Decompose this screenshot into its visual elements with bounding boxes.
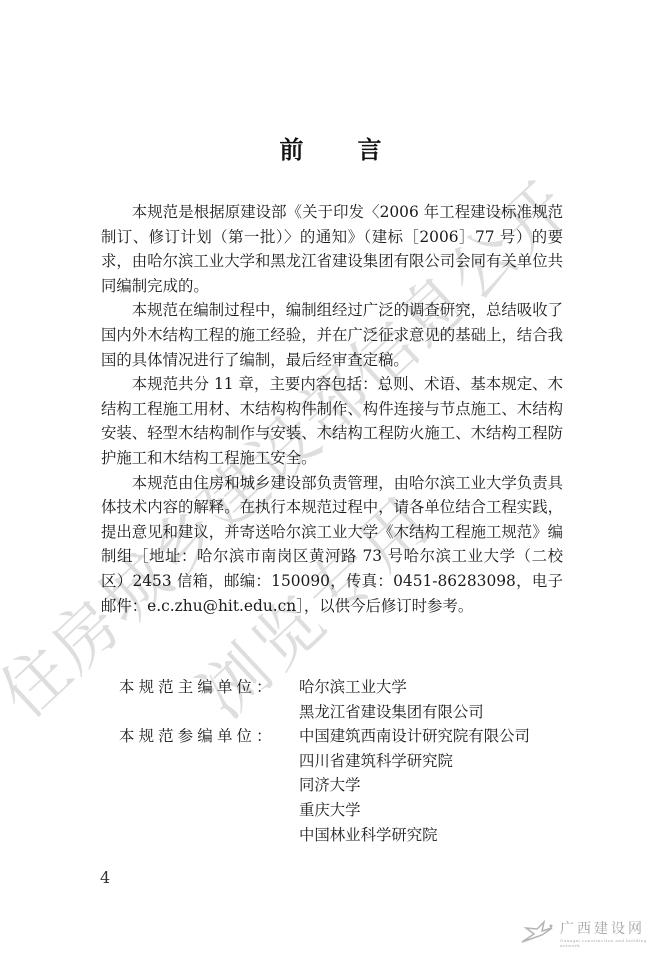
logo-subtitle: Guangxi construction and building networ… <box>560 938 661 948</box>
paragraph-2: 本规范在编制过程中，编制组经过广泛的调查研究，总结吸收了国内外木结构工程的施工经… <box>101 298 563 372</box>
org-name: 重庆大学 <box>299 798 530 823</box>
star-logo-icon <box>520 920 556 946</box>
unit-label: 本规范参编单位： <box>101 724 299 847</box>
unit-label: 本规范主编单位： <box>101 675 299 724</box>
org-name: 哈尔滨工业大学 <box>299 675 484 700</box>
paragraph-4: 本规范由住房和城乡建设部负责管理，由哈尔滨工业大学负责具体技术内容的解释。在执行… <box>101 471 563 619</box>
participating-units: 本规范参编单位： 中国建筑西南设计研究院有限公司 四川省建筑科学研究院 同济大学… <box>101 724 581 847</box>
title-char-2: 言 <box>358 130 382 165</box>
org-name: 同济大学 <box>299 773 530 798</box>
page-title: 前言 <box>0 130 661 165</box>
site-logo: 广西建设网 Guangxi construction and building … <box>520 918 661 948</box>
org-name: 黑龙江省建设集团有限公司 <box>299 700 484 725</box>
title-char-1: 前 <box>280 130 304 165</box>
logo-name: 广西建设网 <box>560 918 661 938</box>
document-page: 前言 本规范是根据原建设部《关于印发〈2006 年工程建设标准规范制订、修订计划… <box>0 0 661 958</box>
org-name: 四川省建筑科学研究院 <box>299 749 530 774</box>
org-name: 中国林业科学研究院 <box>299 823 530 848</box>
paragraph-3: 本规范共分 11 章，主要内容包括：总则、术语、基本规定、木结构工程施工用材、木… <box>101 372 563 470</box>
chief-editor-units: 本规范主编单位： 哈尔滨工业大学 黑龙江省建设集团有限公司 <box>101 675 581 724</box>
paragraph-1: 本规范是根据原建设部《关于印发〈2006 年工程建设标准规范制订、修订计划（第一… <box>101 200 563 298</box>
editing-units: 本规范主编单位： 哈尔滨工业大学 黑龙江省建设集团有限公司 本规范参编单位： 中… <box>101 675 581 847</box>
page-number: 4 <box>100 868 110 887</box>
org-name: 中国建筑西南设计研究院有限公司 <box>299 724 530 749</box>
preface-body: 本规范是根据原建设部《关于印发〈2006 年工程建设标准规范制订、修订计划（第一… <box>101 200 563 618</box>
